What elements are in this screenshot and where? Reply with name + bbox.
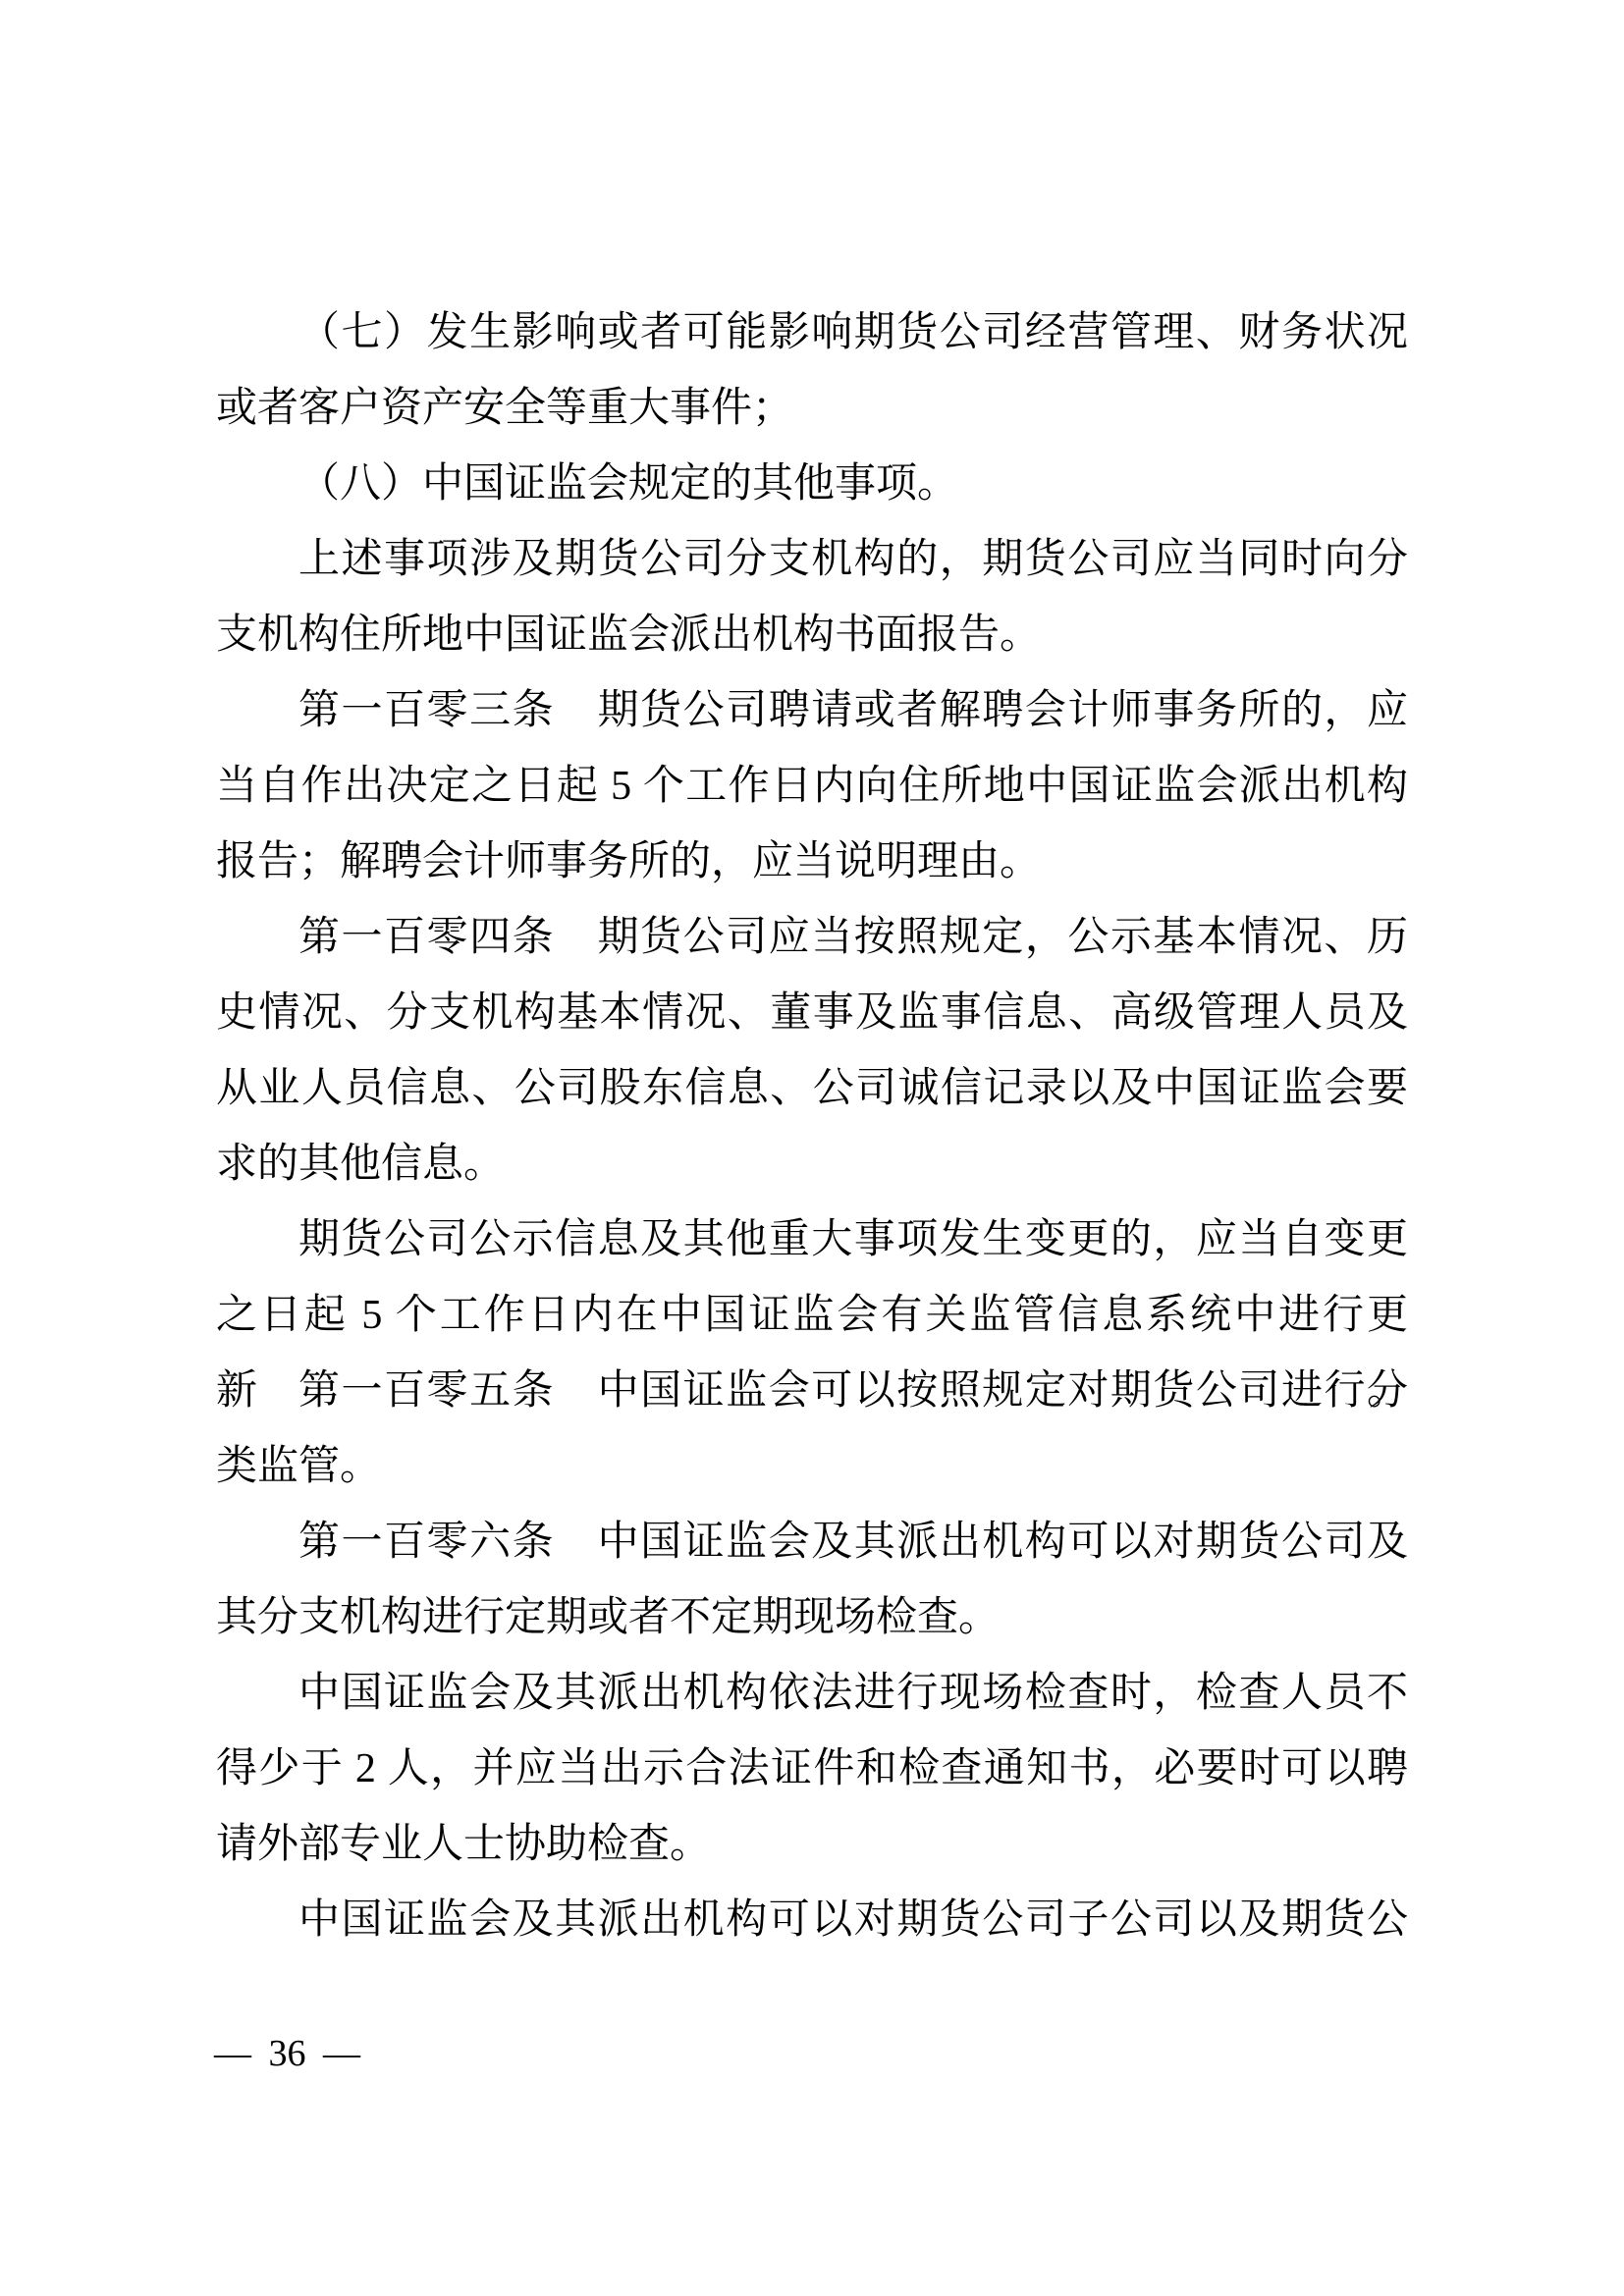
text-line-22: 中国证监会及其派出机构可以对期货公司子公司以及期货公	[216, 1883, 1408, 1958]
text-line-11: 从业人员信息、公司股东信息、公司诚信记录以及中国证监会要	[216, 1051, 1408, 1127]
text-line-02: 或者客户资产安全等重大事件；	[216, 371, 1408, 447]
text-line-16: 类监管。	[216, 1429, 1408, 1505]
text-line-03: （八）中国证监会规定的其他事项。	[216, 447, 1408, 522]
text-line-15: 第一百零五条 中国证监会可以按照规定对期货公司进行分	[216, 1354, 1408, 1429]
text-line-13: 期货公司公示信息及其他重大事项发生变更的，应当自变更	[216, 1202, 1408, 1278]
text-line-04: 上述事项涉及期货公司分支机构的，期货公司应当同时向分	[216, 522, 1408, 598]
text-line-19: 中国证监会及其派出机构依法进行现场检查时，检查人员不	[216, 1656, 1408, 1732]
text-line-08: 报告；解聘会计师事务所的，应当说明理由。	[216, 825, 1408, 900]
text-line-12: 求的其他信息。	[216, 1127, 1408, 1202]
text-line-14: 之日起 5 个工作日内在中国证监会有关监管信息系统中进行更新。	[216, 1278, 1408, 1354]
text-line-17: 第一百零六条 中国证监会及其派出机构可以对期货公司及	[216, 1505, 1408, 1580]
text-line-06: 第一百零三条 期货公司聘请或者解聘会计师事务所的，应	[216, 673, 1408, 749]
text-line-21: 请外部专业人士协助检查。	[216, 1807, 1408, 1883]
text-line-10: 史情况、分支机构基本情况、董事及监事信息、高级管理人员及	[216, 976, 1408, 1051]
body-text: （七）发生影响或者可能影响期货公司经营管理、财务状况 或者客户资产安全等重大事件…	[216, 295, 1408, 1958]
text-line-18: 其分支机构进行定期或者不定期现场检查。	[216, 1580, 1408, 1656]
text-line-07: 当自作出决定之日起 5 个工作日内向住所地中国证监会派出机构	[216, 749, 1408, 825]
text-line-20: 得少于 2 人，并应当出示合法证件和检查通知书，必要时可以聘	[216, 1732, 1408, 1807]
document-page: （七）发生影响或者可能影响期货公司经营管理、财务状况 或者客户资产安全等重大事件…	[0, 0, 1624, 2296]
text-line-05: 支机构住所地中国证监会派出机构书面报告。	[216, 598, 1408, 673]
text-line-01: （七）发生影响或者可能影响期货公司经营管理、财务状况	[216, 295, 1408, 371]
page-number: — 36 —	[214, 2032, 360, 2075]
text-line-09: 第一百零四条 期货公司应当按照规定，公示基本情况、历	[216, 900, 1408, 976]
